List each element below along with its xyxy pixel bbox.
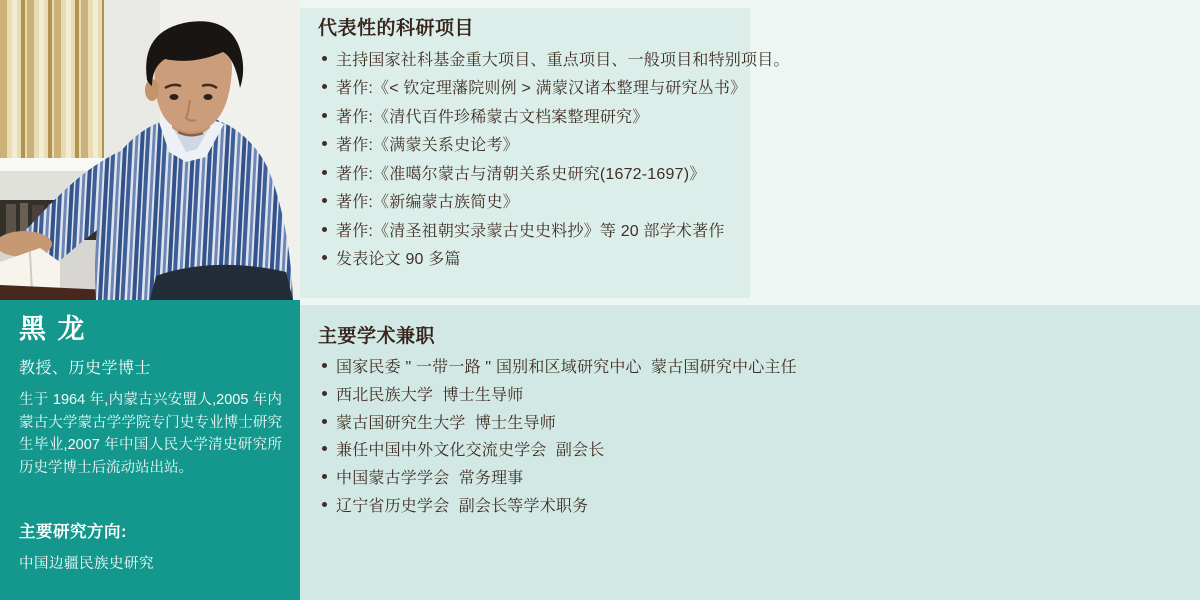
profile-info-panel: 黑 龙 教授、历史学博士 生于 1964 年,内蒙古兴安盟人,2005 年内蒙古… — [0, 300, 300, 600]
section-research-projects: 代表性的科研项目 主持国家社科基金重大项目、重点项目、一般项目和特别项目。 著作… — [300, 0, 1200, 305]
research-direction-label: 主要研究方向: — [19, 518, 282, 542]
research-direction: 中国边疆民族史研究 — [19, 552, 282, 573]
bullet-icon — [322, 446, 327, 451]
projects-heading: 代表性的科研项目 — [318, 18, 1200, 40]
list-item-text: 国家民委 " 一带一路 " 国别和区域研究中心 蒙古国研究中心主任 — [336, 354, 797, 377]
bullet-icon — [322, 419, 327, 424]
positions-heading: 主要学术兼职 — [318, 326, 1200, 348]
list-item-text: 中国蒙古学学会 常务理事 — [336, 465, 524, 488]
list-item-text: 辽宁省历史学会 副会长等学术职务 — [336, 493, 588, 516]
list-item: 著作:《新编蒙古族简史》 — [318, 187, 1200, 216]
list-item-text: 蒙古国研究生大学 博士生导师 — [336, 410, 556, 433]
list-item: 著作:《< 钦定理藩院则例 > 满蒙汉诸本整理与研究丛书》 — [318, 73, 1200, 102]
list-item-text: 著作:《准噶尔蒙古与清朝关系史研究(1672-1697)》 — [336, 161, 705, 184]
list-item: 著作:《清代百件珍稀蒙古文档案整理研究》 — [318, 101, 1200, 130]
list-item-text: 主持国家社科基金重大项目、重点项目、一般项目和特别项目。 — [336, 47, 790, 70]
bullet-icon — [322, 113, 327, 118]
list-item-text: 著作:《新编蒙古族简史》 — [336, 189, 519, 212]
list-item-text: 著作:《清代百件珍稀蒙古文档案整理研究》 — [336, 104, 648, 127]
list-item-text: 西北民族大学 博士生导师 — [336, 382, 524, 405]
person-bio: 生于 1964 年,内蒙古兴安盟人,2005 年内蒙古大学蒙古学学院专门史专业博… — [19, 389, 282, 479]
person-title: 教授、历史学博士 — [19, 355, 282, 378]
bullet-icon — [322, 56, 327, 61]
list-item: 蒙古国研究生大学 博士生导师 — [318, 407, 1200, 435]
list-item-text: 著作:《清圣祖朝实录蒙古史史料抄》等 20 部学术著作 — [336, 218, 725, 241]
list-item: 主持国家社科基金重大项目、重点项目、一般项目和特别项目。 — [318, 44, 1200, 73]
bullet-icon — [322, 141, 327, 146]
list-item-text: 著作:《满蒙关系史论考》 — [336, 132, 519, 155]
list-item: 发表论文 90 多篇 — [318, 244, 1200, 273]
profile-page: 黑 龙 教授、历史学博士 生于 1964 年,内蒙古兴安盟人,2005 年内蒙古… — [0, 0, 1200, 600]
bullet-icon — [322, 391, 327, 396]
list-item: 著作:《清圣祖朝实录蒙古史史料抄》等 20 部学术著作 — [318, 215, 1200, 244]
list-item: 辽宁省历史学会 副会长等学术职务 — [318, 490, 1200, 518]
bullet-icon — [322, 255, 327, 260]
list-item-text: 著作:《< 钦定理藩院则例 > 满蒙汉诸本整理与研究丛书》 — [336, 75, 746, 98]
bullet-icon — [322, 502, 327, 507]
bullet-icon — [322, 84, 327, 89]
bullet-icon — [322, 198, 327, 203]
positions-list: 国家民委 " 一带一路 " 国别和区域研究中心 蒙古国研究中心主任 西北民族大学… — [318, 352, 1200, 518]
person-name: 黑 龙 — [19, 313, 282, 345]
list-item: 国家民委 " 一带一路 " 国别和区域研究中心 蒙古国研究中心主任 — [318, 352, 1200, 380]
portrait-photo-illustration — [0, 0, 300, 300]
bullet-icon — [322, 227, 327, 232]
projects-list: 主持国家社科基金重大项目、重点项目、一般项目和特别项目。 著作:《< 钦定理藩院… — [318, 44, 1200, 272]
section-academic-positions: 主要学术兼职 国家民委 " 一带一路 " 国别和区域研究中心 蒙古国研究中心主任… — [300, 305, 1200, 600]
list-item: 著作:《满蒙关系史论考》 — [318, 130, 1200, 159]
profile-photo — [0, 0, 300, 300]
list-item-text: 发表论文 90 多篇 — [336, 246, 461, 269]
bullet-icon — [322, 474, 327, 479]
list-item: 中国蒙古学学会 常务理事 — [318, 463, 1200, 491]
list-item: 西北民族大学 博士生导师 — [318, 380, 1200, 408]
list-item: 著作:《准噶尔蒙古与清朝关系史研究(1672-1697)》 — [318, 158, 1200, 187]
list-item: 兼任中国中外文化交流史学会 副会长 — [318, 435, 1200, 463]
bullet-icon — [322, 170, 327, 175]
bullet-icon — [322, 363, 327, 368]
list-item-text: 兼任中国中外文化交流史学会 副会长 — [336, 437, 605, 460]
